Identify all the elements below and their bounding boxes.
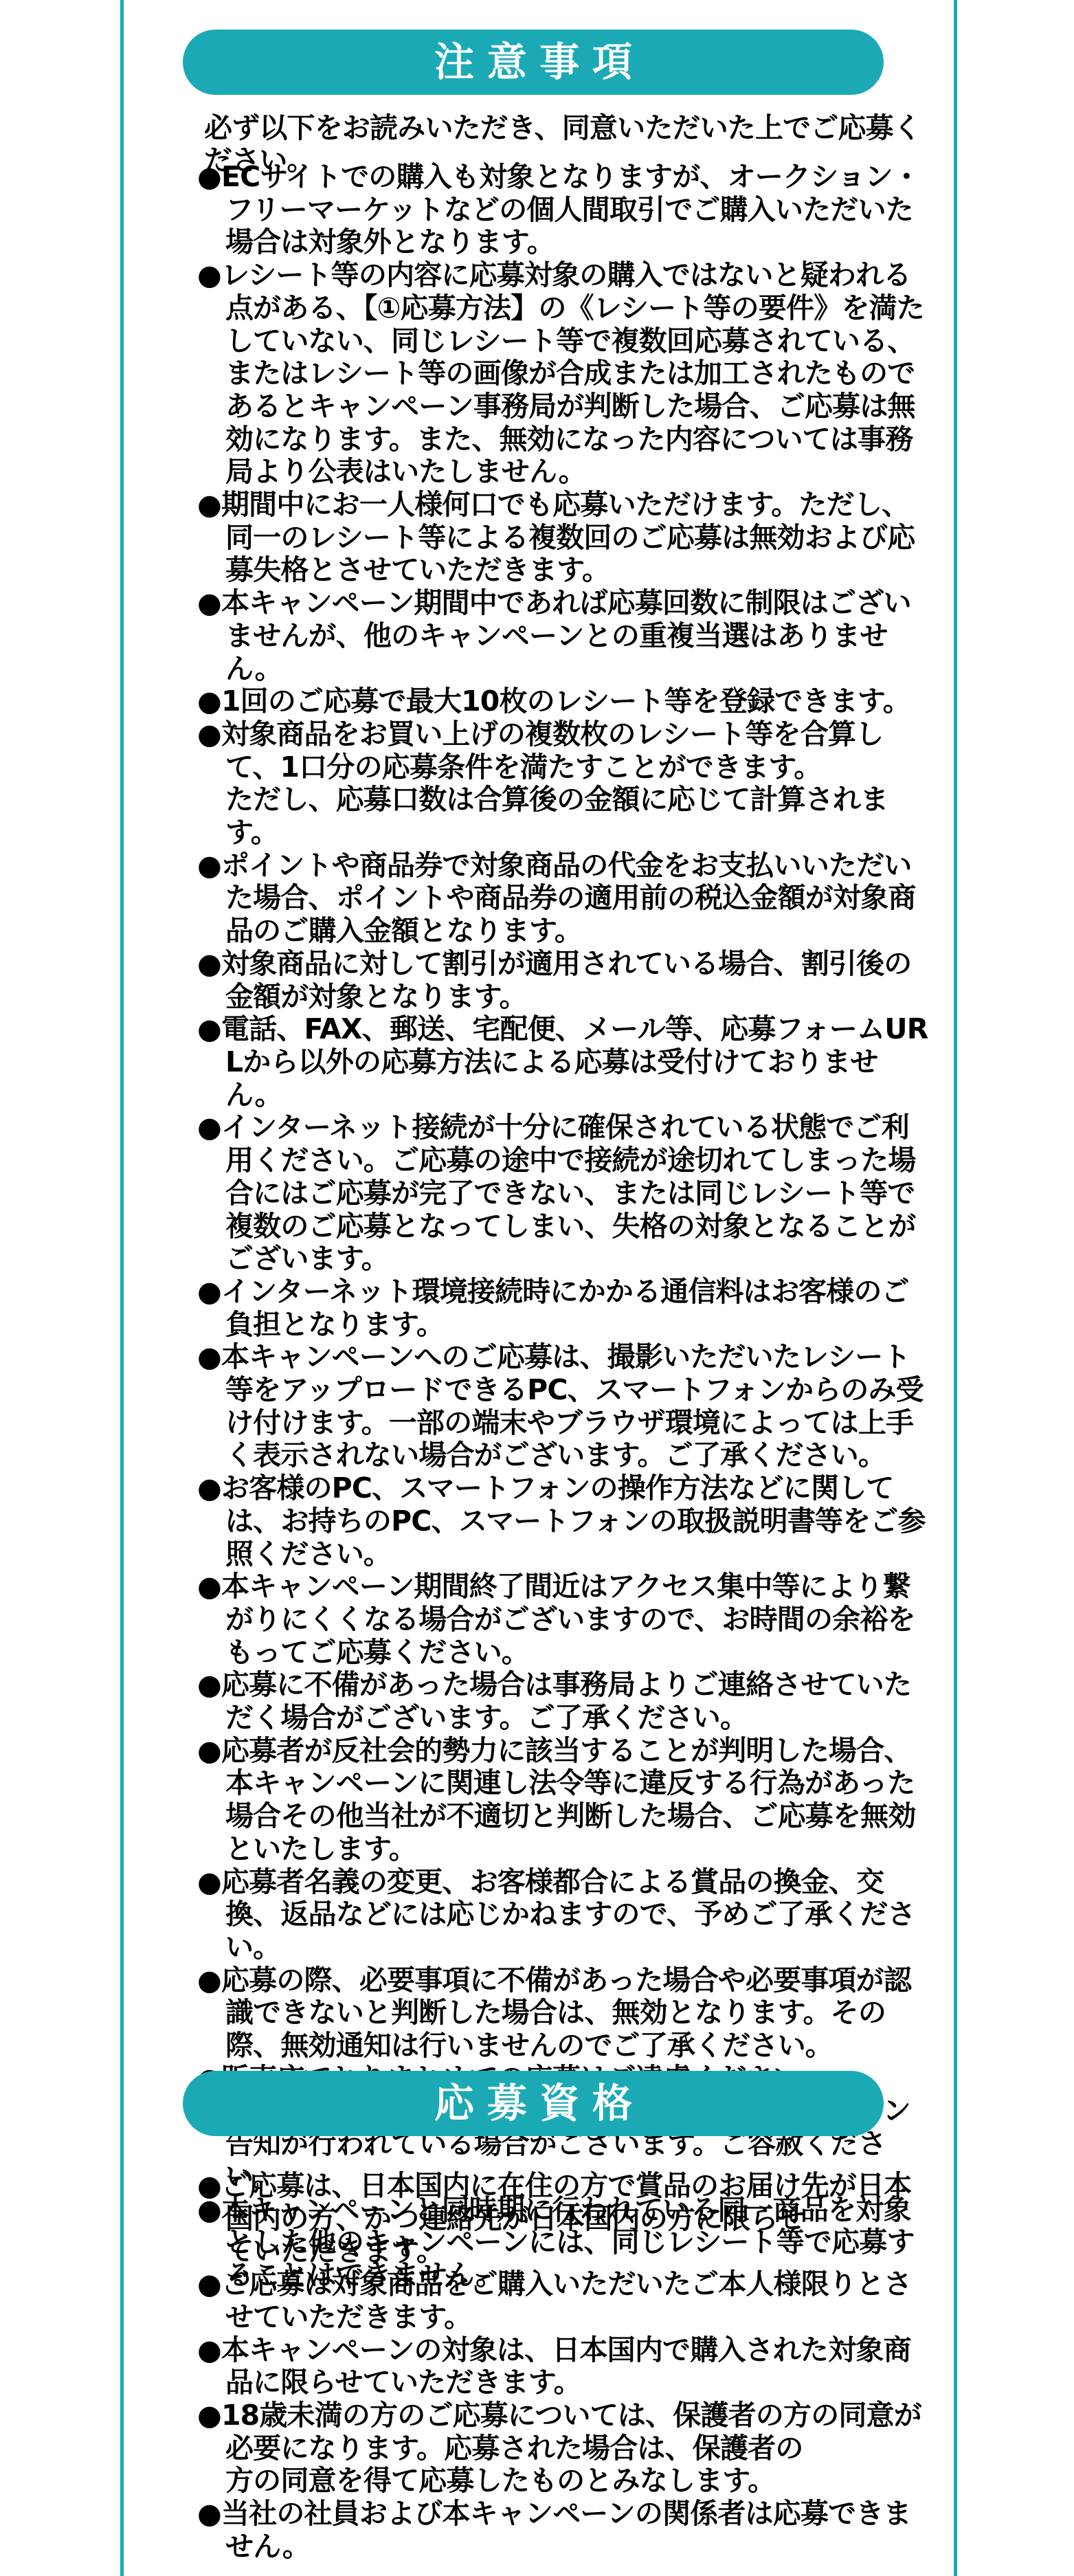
notice-item: ●応募者名義の変更、お客様都合による賞品の換金、交換、返品などには応じかねますの… <box>197 1866 934 1964</box>
notice-item: ●本キャンペーン期間中であれば応募回数に制限はございませんが、他のキャンペーンと… <box>197 587 934 685</box>
notice-item: ●インターネット接続が十分に確保されている状態でご利用ください。ご応募の途中で接… <box>197 1111 934 1276</box>
eligibility-section-title-pill: 応募資格 <box>183 2071 884 2136</box>
notice-item: ●ポイントや商品券で対象商品の代金をお支払いいただいた場合、ポイントや商品券の適… <box>197 850 934 948</box>
eligibility-list: ●ご応募は、日本国内に在住の方で賞品のお届け先が日本国内の方、かつ連絡先が日本国… <box>197 2170 934 2563</box>
notice-item: ●電話、FAX、郵送、宅配便、メール等、応募フォームURLから以外の応募方法によ… <box>197 1013 934 1111</box>
notes-list: ●ECサイトでの購入も対象となりますが、オークション・フリーマーケットなどの個人… <box>197 161 934 2292</box>
notice-item: ●応募に不備があった場合は事務局よりご連絡させていただく場合がございます。ご了承… <box>197 1669 934 1734</box>
notice-item: ●本キャンペーンへのご応募は、撮影いただいたレシート等をアップロードできるPC、… <box>197 1341 934 1472</box>
notice-item: ●対象商品をお買い上げの複数枚のレシート等を合算して、1口分の応募条件を満たすこ… <box>197 718 934 850</box>
notice-item: ●インターネット環境接続時にかかる通信料はお客様のご負担となります。 <box>197 1276 934 1341</box>
notice-item: ●本キャンペーンの対象は、日本国内で購入された対象商品に限らせていただきます。 <box>197 2334 934 2399</box>
notice-item: ●応募の際、必要事項に不備があった場合や必要事項が認識できないと判断した場合は、… <box>197 1964 934 2063</box>
notice-item: ●対象商品に対して割引が適用されている場合、割引後の金額が対象となります。 <box>197 948 934 1013</box>
notice-item: ●ご応募は、日本国内に在住の方で賞品のお届け先が日本国内の方、かつ連絡先が日本国… <box>197 2170 934 2268</box>
notice-item: ●期間中にお一人様何口でも応募いただけます。ただし、同一のレシート等による複数回… <box>197 489 934 587</box>
notice-item: ●18歳未満の方のご応募については、保護者の方の同意が必要になります。応募された… <box>197 2399 934 2498</box>
notice-item: ●レシート等の内容に応募対象の購入ではないと疑われる点がある、【①応募方法】の《… <box>197 259 934 489</box>
notice-item: ●当社の社員および本キャンペーンの関係者は応募できません。 <box>197 2498 934 2563</box>
campaign-terms-page: { "page": { "accent_color": "#1BAAB5", "… <box>0 0 1074 2576</box>
notice-item: ●ご応募は対象商品をご購入いただいたご本人様限りとさせていただきます。 <box>197 2268 934 2333</box>
eligibility-section-title: 応募資格 <box>422 2071 645 2136</box>
notes-section-title: 注意事項 <box>422 30 645 95</box>
notice-item: ●応募者が反社会的勢力に該当することが判明した場合、本キャンペーンに関連し法令等… <box>197 1735 934 1866</box>
notice-item: ●ECサイトでの購入も対象となりますが、オークション・フリーマーケットなどの個人… <box>197 161 934 259</box>
notice-item: ●1回のご応募で最大10枚のレシート等を登録できます。 <box>197 685 934 718</box>
left-border-rule <box>120 0 124 2576</box>
notice-item: ●本キャンペーン期間終了間近はアクセス集中等により繋がりにくくなる場合がございま… <box>197 1570 934 1669</box>
right-border-rule <box>954 0 957 2576</box>
notes-section-title-pill: 注意事項 <box>183 30 884 95</box>
notice-item: ●お客様のPC、スマートフォンの操作方法などに関しては、お持ちのPC、スマートフ… <box>197 1472 934 1570</box>
